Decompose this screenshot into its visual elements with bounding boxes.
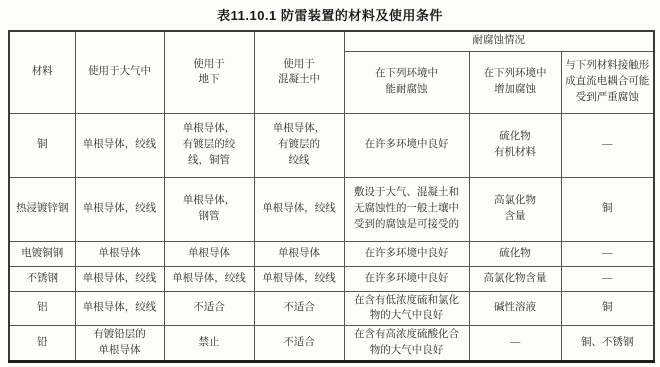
col-header-resists: 在下列环境中 能耐腐蚀 (344, 51, 469, 113)
cell-material: 不锈钢 (9, 266, 75, 291)
cell-galvanic: 铜 (561, 291, 654, 326)
table-title: 表11.10.1 防雷装置的材料及使用条件 (0, 5, 660, 24)
cell-atmosphere: 单根导体，绞线 (75, 113, 164, 177)
cell-underground: 单根导体 (164, 241, 254, 266)
document-page: 表11.10.1 防雷装置的材料及使用条件 材料 使用于大气中 使用于 地下 使… (0, 0, 660, 367)
cell-concrete: 不适合 (254, 291, 344, 326)
cell-galvanic: 铜、不锈钢 (561, 326, 654, 362)
table-row-galvanized-steel: 热浸镀锌钢 单根导体，绞线 单根导体， 钢管 单根导体，绞线 敷设于大气、混凝土… (9, 177, 654, 241)
cell-concrete: 单根导体， 有镀层的 绞线 (254, 113, 344, 177)
cell-underground: 单根导体，绞线 (164, 266, 254, 291)
table-row-aluminum: 铝 单根导体，绞线 不适合 不适合 在含有低浓度硫和氯化 物的大气中良好 碱性溶… (9, 291, 654, 326)
cell-underground: 单根导体， 有镀层的绞 线，铜管 (164, 113, 254, 177)
cell-resists: 在许多环境中良好 (344, 241, 469, 266)
cell-underground: 不适合 (164, 291, 254, 326)
table-header: 材料 使用于大气中 使用于 地下 使用于 混凝土中 耐腐蚀情况 在下列环境中 能… (9, 31, 654, 113)
cell-underground: 禁止 (164, 326, 254, 362)
cell-resists: 在含有高浓度硫酸化合 物的大气中良好 (344, 326, 469, 362)
table-body: 铜 单根导体，绞线 单根导体， 有镀层的绞 线，铜管 单根导体， 有镀层的 绞线… (9, 113, 654, 361)
col-header-concrete: 使用于 混凝土中 (254, 31, 344, 113)
cell-atmosphere: 单根导体，绞线 (75, 177, 164, 241)
cell-material: 热浸镀锌钢 (9, 177, 75, 241)
cell-galvanic: 铜 (561, 177, 654, 241)
cell-resists: 敷设于大气、混凝土和 无腐蚀性的一般土壤中 受到的腐蚀是可接受的 (344, 177, 469, 241)
cell-atmosphere: 有镀铅层的 单根导体 (75, 326, 164, 362)
col-header-galvanic: 与下列材料接触形 成直流电耦合可能 受到严重腐蚀 (561, 51, 654, 113)
cell-galvanic: — (561, 266, 654, 291)
header-row-group: 材料 使用于大气中 使用于 地下 使用于 混凝土中 耐腐蚀情况 (9, 31, 654, 51)
cell-underground: 单根导体， 钢管 (164, 177, 254, 241)
cell-atmosphere: 单根导体 (75, 241, 164, 266)
col-header-increases: 在下列环境中 增加腐蚀 (469, 51, 561, 113)
group-header-corrosion: 耐腐蚀情况 (344, 31, 654, 51)
cell-increases: — (469, 326, 561, 362)
cell-galvanic: — (561, 113, 654, 177)
cell-resists: 在许多环境中良好 (344, 113, 469, 177)
cell-concrete: 不适合 (254, 326, 344, 362)
col-header-atmosphere: 使用于大气中 (75, 31, 164, 113)
cell-increases: 高氯化物 含量 (469, 177, 561, 241)
cell-concrete: 单根导体，绞线 (254, 177, 344, 241)
col-header-material: 材料 (9, 31, 75, 113)
cell-galvanic: — (561, 241, 654, 266)
cell-increases: 硫化物 (469, 241, 561, 266)
cell-material: 铝 (9, 291, 75, 326)
cell-concrete: 单根导体，绞线 (254, 266, 344, 291)
materials-table: 材料 使用于大气中 使用于 地下 使用于 混凝土中 耐腐蚀情况 在下列环境中 能… (8, 30, 655, 363)
cell-resists: 在许多环境中良好 (344, 266, 469, 291)
cell-atmosphere: 单根导体，绞线 (75, 291, 164, 326)
table-row-lead: 铅 有镀铅层的 单根导体 禁止 不适合 在含有高浓度硫酸化合 物的大气中良好 —… (9, 326, 654, 362)
cell-increases: 硫化物 有机材料 (469, 113, 561, 177)
table-row-copper: 铜 单根导体，绞线 单根导体， 有镀层的绞 线，铜管 单根导体， 有镀层的 绞线… (9, 113, 654, 177)
cell-concrete: 单根导体 (254, 241, 344, 266)
table-row-copper-plated-steel: 电镀铜钢 单根导体 单根导体 单根导体 在许多环境中良好 硫化物 — (9, 241, 654, 266)
cell-increases: 高氯化物含量 (469, 266, 561, 291)
cell-atmosphere: 单根导体，绞线 (75, 266, 164, 291)
cell-resists: 在含有低浓度硫和氯化 物的大气中良好 (344, 291, 469, 326)
cell-material: 电镀铜钢 (9, 241, 75, 266)
col-header-underground: 使用于 地下 (164, 31, 254, 113)
cell-material: 铅 (9, 326, 75, 362)
cell-increases: 碱性溶液 (469, 291, 561, 326)
table-row-stainless-steel: 不锈钢 单根导体，绞线 单根导体，绞线 单根导体，绞线 在许多环境中良好 高氯化… (9, 266, 654, 291)
cell-material: 铜 (9, 113, 75, 177)
